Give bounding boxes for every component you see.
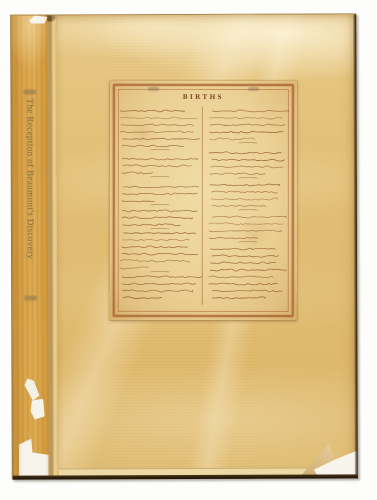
book-cover: The Reception of Beaumont's Discovery BI…	[10, 13, 358, 479]
book-shadow-bottom	[13, 474, 358, 479]
pasted-register-page: BIRTHS	[110, 81, 297, 320]
book-shadow-right	[353, 14, 358, 478]
spine-ornament-top	[23, 90, 36, 95]
photo-background: The Reception of Beaumont's Discovery BI…	[0, 0, 377, 500]
spine-title: The Reception of Beaumont's Discovery	[25, 99, 36, 260]
spine-ornament-bottom	[24, 296, 37, 301]
spine-hinge-crease	[47, 15, 58, 479]
handwriting-svg	[110, 81, 297, 320]
